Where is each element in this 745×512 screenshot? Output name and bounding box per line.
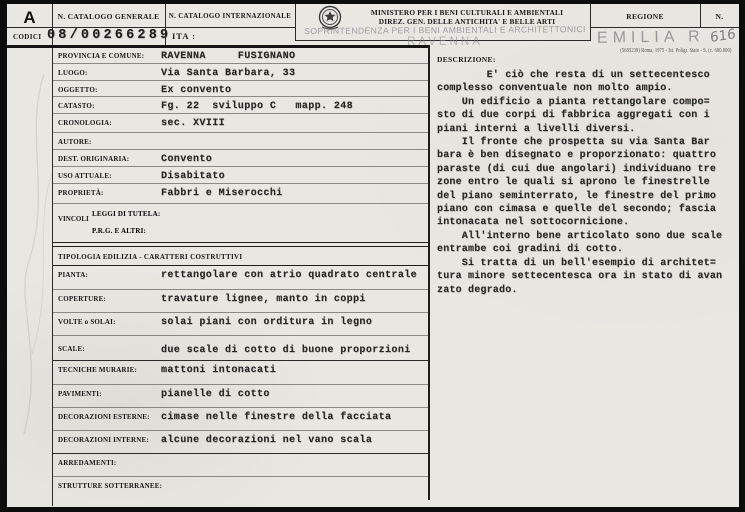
column-regione: REGIONE	[590, 12, 700, 21]
field-row-tecniche-murarie: TECNICHE MURARIE: mattoni intonacati	[53, 361, 428, 385]
tipologia-section-header: TIPOLOGIA EDILIZIA - CARATTERI COSTRUTTI…	[53, 246, 428, 266]
codice-value: 08/00266289	[47, 28, 171, 43]
volte-solai-label: VOLTE o SOLAI:	[58, 316, 161, 326]
fields-column: PROVINCIA E COMUNE: RAVENNA FUSIGNANO LU…	[53, 47, 428, 512]
luogo-value: Via Santa Barbara, 33	[161, 67, 295, 79]
oggetto-value: Ex convento	[161, 84, 231, 96]
field-row-oggetto: OGGETTO: Ex convento	[53, 81, 428, 97]
provincia-value: RAVENNA FUSIGNANO	[161, 50, 295, 62]
field-row-vincoli: VINCOLI LEGGI DI TUTELA: P.R.G. E ALTRI:	[53, 204, 428, 243]
field-row-coperture: COPERTURE: travature lignee, manto in co…	[53, 290, 428, 313]
oggetto-label: OGGETTO:	[58, 84, 161, 94]
divider-description-column	[428, 45, 430, 500]
cronologia-label: CRONOLOGIA:	[58, 117, 161, 127]
decorazioni-interne-label: DECORAZIONI INTERNE:	[58, 434, 161, 444]
field-row-provincia: PROVINCIA E COMUNE: RAVENNA FUSIGNANO	[53, 47, 428, 64]
column-catalogo-generale: N. CATALOGO GENERALE	[52, 12, 165, 21]
uso-attuale-value: Disabitato	[161, 170, 225, 182]
field-row-decorazioni-interne: DECORAZIONI INTERNE: alcune decorazioni …	[53, 431, 428, 454]
catasto-label: CATASTO:	[58, 100, 161, 110]
field-row-dest-originaria: DEST. ORIGINARIA: Convento	[53, 150, 428, 167]
pavimenti-label: PAVIMENTI:	[58, 388, 161, 398]
coperture-label: COPERTURE:	[58, 293, 161, 303]
vincoli-label: VINCOLI	[58, 206, 92, 240]
field-row-decorazioni-esterne: DECORAZIONI ESTERNE: cimase nelle finest…	[53, 408, 428, 431]
field-row-catasto: CATASTO: Fg. 22 sviluppo C mapp. 248	[53, 97, 428, 114]
luogo-label: LUOGO:	[58, 67, 161, 77]
field-row-autore: AUTORE:	[53, 133, 428, 150]
coperture-value: travature lignee, manto in coppi	[161, 293, 366, 305]
vincoli-sublabels: LEGGI DI TUTELA: P.R.G. E ALTRI:	[92, 206, 160, 240]
pianta-label: PIANTA:	[58, 269, 161, 279]
proprieta-label: PROPRIETÀ:	[58, 187, 161, 197]
field-row-volte-solai: VOLTE o SOLAI: solai piani con orditura …	[53, 313, 428, 336]
dest-originaria-value: Convento	[161, 153, 212, 165]
scale-value: due scale di cotto di buone proporzioni	[161, 339, 411, 356]
regione-stamp: EMILIA R	[597, 28, 705, 48]
decorazioni-esterne-label: DECORAZIONI ESTERNE:	[58, 411, 161, 421]
tecniche-murarie-value: mattoni intonacati	[161, 364, 276, 376]
scale-label: SCALE:	[58, 339, 161, 353]
field-row-uso-attuale: USO ATTUALE: Disabitato	[53, 167, 428, 184]
field-row-proprieta: PROPRIETÀ: Fabbri e Miserocchi	[53, 184, 428, 204]
pavimenti-value: pianelle di cotto	[161, 388, 270, 400]
column-catalogo-internazionale: N. CATALOGO INTERNAZIONALE	[165, 12, 295, 20]
decorazioni-interne-value: alcune decorazioni nel vano scala	[161, 434, 372, 446]
soprintendenza-stamp: SOPRINTENDENZA PER I BENI AMBIENTALI E A…	[297, 24, 593, 36]
divider-internazionale	[295, 4, 296, 41]
autore-label: AUTORE:	[58, 136, 161, 146]
field-row-luogo: LUOGO: Via Santa Barbara, 33	[53, 64, 428, 81]
proprieta-value: Fabbri e Miserocchi	[161, 187, 283, 199]
ita-label: ITA :	[172, 31, 196, 41]
descrizione-text: E' ciò che resta di un settecentesco com…	[437, 69, 737, 297]
pianta-value: rettangolare con atrio quadrato centrale	[161, 269, 417, 281]
n-handwritten-value: 616	[710, 26, 736, 46]
field-row-arredamenti: ARREDAMENTI:	[53, 454, 428, 477]
codici-label: CODICI	[13, 33, 41, 41]
vincoli-leggi-label: LEGGI DI TUTELA:	[92, 207, 160, 222]
decorazioni-esterne-value: cimase nelle finestre della facciata	[161, 411, 391, 423]
series-letter: A	[7, 8, 52, 28]
descrizione-label: DESCRIZIONE:	[437, 55, 496, 64]
provincia-label: PROVINCIA E COMUNE:	[58, 50, 161, 60]
catalog-card: A N. CATALOGO GENERALE N. CATALOGO INTER…	[7, 4, 739, 507]
vincoli-prg-label: P.R.G. E ALTRI:	[92, 224, 160, 239]
arredamenti-label: ARREDAMENTI:	[58, 457, 161, 467]
strutture-sotterranee-label: STRUTTURE SOTTERRANEE:	[58, 480, 162, 490]
print-note: (5605239) Roma, 1975 - Ist. Poligr. Stat…	[620, 47, 731, 53]
catasto-value: Fg. 22 sviluppo C mapp. 248	[161, 100, 353, 112]
field-row-scale: SCALE: due scale di cotto di buone propo…	[53, 336, 428, 361]
ministry-line1: MINISTERO PER I BENI CULTURALI E AMBIENT…	[348, 8, 586, 17]
tecniche-murarie-label: TECNICHE MURARIE:	[58, 364, 161, 374]
field-row-strutture-sotterranee: STRUTTURE SOTTERRANEE:	[53, 477, 428, 512]
scanned-catalog-card-page: { "header": { "series_letter": "A", "cod…	[0, 0, 745, 512]
field-row-cronologia: CRONOLOGIA: sec. XVIII	[53, 114, 428, 133]
divider-ministry-left	[590, 4, 591, 41]
volte-solai-value: solai piani con orditura in legno	[161, 316, 372, 328]
field-row-pianta: PIANTA: rettangolare con atrio quadrato …	[53, 266, 428, 290]
cronologia-value: sec. XVIII	[161, 117, 225, 129]
uso-attuale-label: USO ATTUALE:	[58, 170, 161, 180]
column-n: N.	[700, 12, 739, 21]
field-row-pavimenti: PAVIMENTI: pianelle di cotto	[53, 385, 428, 408]
dest-originaria-label: DEST. ORIGINARIA:	[58, 153, 161, 163]
